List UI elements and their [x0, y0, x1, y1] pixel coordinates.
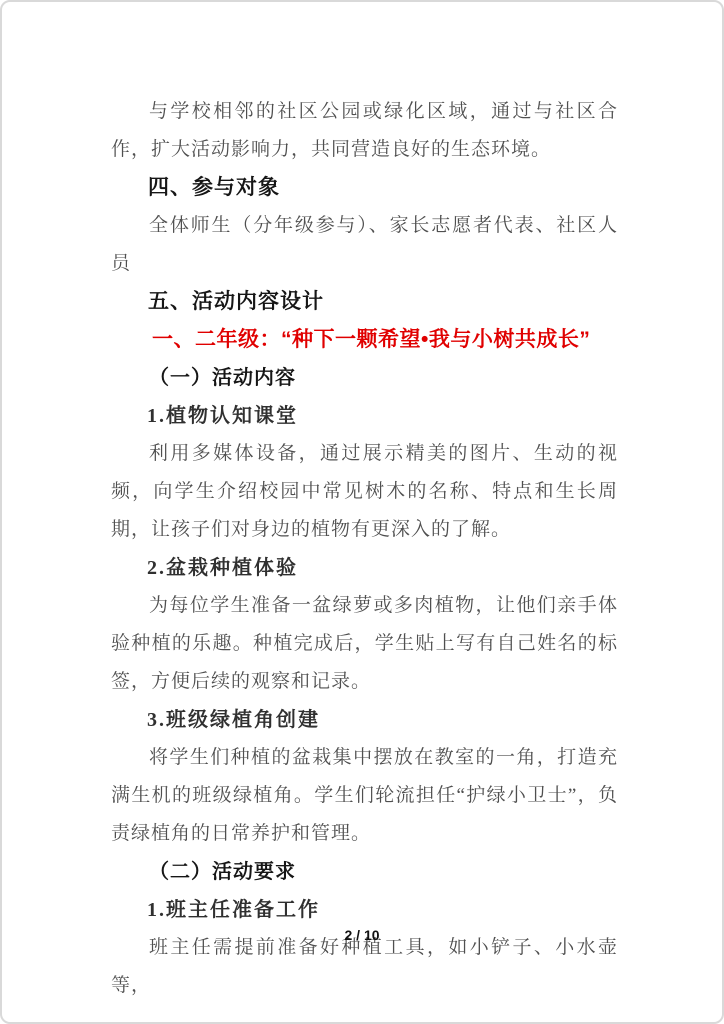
heading-item-2-potting-experience: 2.盆栽种植体验: [111, 549, 618, 587]
heading-section-4-participants: 四、参与对象: [111, 169, 618, 207]
heading-item-1-plant-class: 1.植物认知课堂: [111, 397, 618, 435]
paragraph-potting-detail: 为每位学生准备一盆绿萝或多肉植物，让他们亲手体验种植的乐趣。种植完成后，学生贴上…: [111, 587, 618, 701]
document-content: 与学校相邻的社区公园或绿化区域，通过与社区合作，扩大活动影响力，共同营造良好的生…: [111, 93, 618, 1005]
paragraph-participants: 全体师生（分年级参与）、家长志愿者代表、社区人员: [111, 207, 618, 283]
paragraph-plant-class-detail: 利用多媒体设备，通过展示精美的图片、生动的视频，向学生介绍校园中常见树木的名称、…: [111, 435, 618, 549]
paragraph-community-cooperation: 与学校相邻的社区公园或绿化区域，通过与社区合作，扩大活动影响力，共同营造良好的生…: [111, 93, 618, 169]
heading-item-1-teacher-preparation: 1.班主任准备工作: [111, 891, 618, 929]
heading-item-3-green-corner: 3.班级绿植角创建: [111, 701, 618, 739]
document-page: 与学校相邻的社区公园或绿化区域，通过与社区合作，扩大活动影响力，共同营造良好的生…: [0, 0, 724, 1024]
page-number: 2 / 10: [2, 927, 722, 943]
heading-section-5-activity-design: 五、活动内容设计: [111, 283, 618, 321]
heading-activity-content: （一）活动内容: [111, 359, 618, 397]
paragraph-green-corner-detail: 将学生们种植的盆栽集中摆放在教室的一角，打造充满生机的班级绿植角。学生们轮流担任…: [111, 739, 618, 853]
heading-grade-1-2-theme: 一、二年级：“种下一颗希望•我与小树共成长”: [111, 321, 618, 359]
heading-activity-requirements: （二）活动要求: [111, 853, 618, 891]
